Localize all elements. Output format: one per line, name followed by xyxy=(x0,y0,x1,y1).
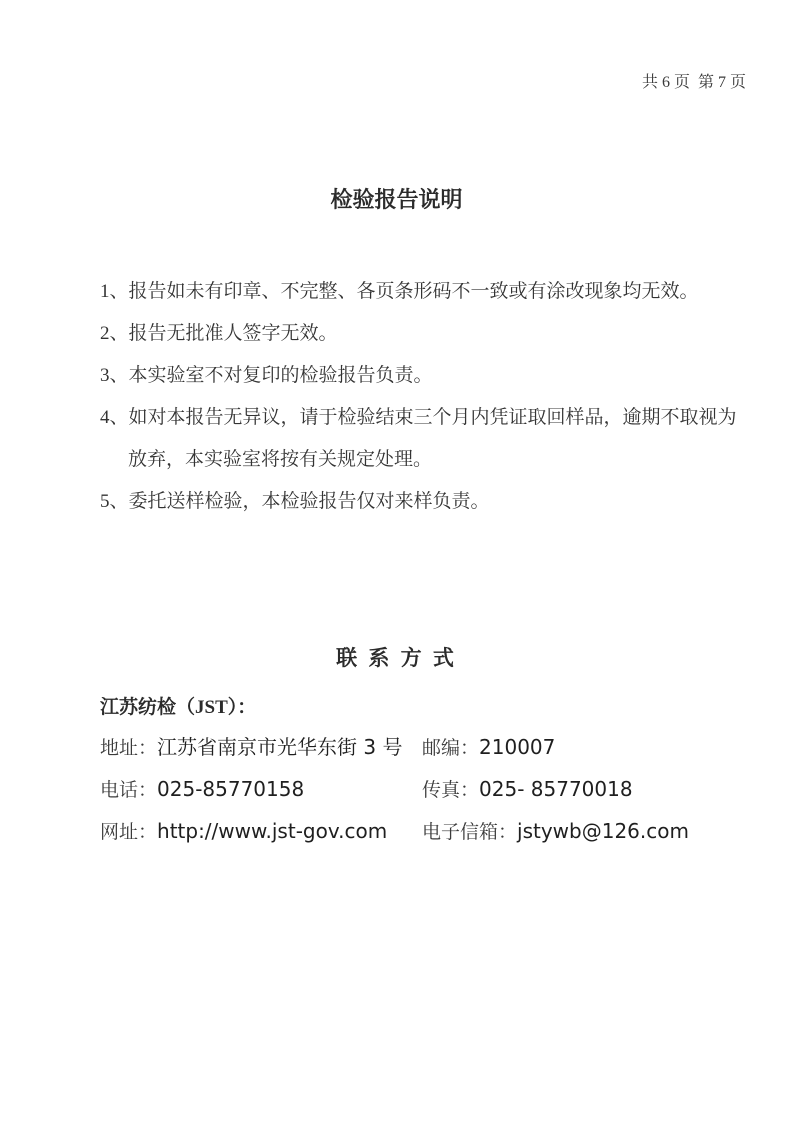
phone-label: 电话： xyxy=(100,780,157,801)
address-value: 江苏省南京市光华东街 3 号 xyxy=(157,735,402,759)
zipcode-label: 邮编： xyxy=(422,738,479,759)
contact-row-web: 网址：http://www.jst-gov.com 电子信箱：jstywb@12… xyxy=(100,810,745,852)
address-field: 地址：江苏省南京市光华东街 3 号 xyxy=(100,726,422,768)
note-item-5: 5、委托送样检验，本检验报告仅对来样负责。 xyxy=(100,481,745,523)
note-number: 1、 xyxy=(100,281,129,302)
note-continuation-line: 放弃，本实验室将按有关规定处理。 xyxy=(100,439,745,481)
contact-row-address: 地址：江苏省南京市光华东街 3 号 邮编：210007 xyxy=(100,726,745,768)
fax-label: 传真： xyxy=(422,780,479,801)
note-text: 如对本报告无异议，请于检验结束三个月内凭证取回样品，逾期不取视为 xyxy=(129,407,737,428)
note-number: 2、 xyxy=(100,323,129,344)
address-label: 地址： xyxy=(100,738,157,759)
email-field: 电子信箱：jstywb@126.com xyxy=(422,810,745,852)
email-label: 电子信箱： xyxy=(422,822,517,843)
note-text: 报告无批准人签字无效。 xyxy=(129,323,338,344)
note-number: 3、 xyxy=(100,365,129,386)
page-title: 检验报告说明 xyxy=(0,186,793,214)
fax-field: 传真：025- 85770018 xyxy=(422,768,745,810)
note-line: 4、如对本报告无异议，请于检验结束三个月内凭证取回样品，逾期不取视为 xyxy=(100,397,745,439)
note-number: 4、 xyxy=(100,407,129,428)
note-text: 委托送样检验，本检验报告仅对来样负责。 xyxy=(129,491,490,512)
note-item-1: 1、报告如未有印章、不完整、各页条形码不一致或有涂改现象均无效。 xyxy=(100,271,745,313)
note-number: 5、 xyxy=(100,491,129,512)
note-line: 1、报告如未有印章、不完整、各页条形码不一致或有涂改现象均无效。 xyxy=(100,271,745,313)
document-page: 共 6 页 第 7 页 检验报告说明 1、报告如未有印章、不完整、各页条形码不一… xyxy=(0,0,793,1122)
website-field: 网址：http://www.jst-gov.com xyxy=(100,810,422,852)
contact-info-block: 地址：江苏省南京市光华东街 3 号 邮编：210007 电话：025-85770… xyxy=(100,726,745,852)
note-text: 本实验室不对复印的检验报告负责。 xyxy=(129,365,433,386)
note-text: 报告如未有印章、不完整、各页条形码不一致或有涂改现象均无效。 xyxy=(129,281,699,302)
zipcode-field: 邮编：210007 xyxy=(422,726,745,768)
contact-section-heading: 联 系 方 式 xyxy=(0,645,793,672)
note-line: 3、本实验室不对复印的检验报告负责。 xyxy=(100,355,745,397)
zipcode-value: 210007 xyxy=(479,735,555,759)
page-number: 共 6 页 第 7 页 xyxy=(642,73,746,93)
website-value: http://www.jst-gov.com xyxy=(157,819,387,843)
note-item-3: 3、本实验室不对复印的检验报告负责。 xyxy=(100,355,745,397)
note-line: 2、报告无批准人签字无效。 xyxy=(100,313,745,355)
note-line: 5、委托送样检验，本检验报告仅对来样负责。 xyxy=(100,481,745,523)
phone-field: 电话：025-85770158 xyxy=(100,768,422,810)
fax-value: 025- 85770018 xyxy=(479,777,633,801)
organization-name: 江苏纺检（JST）： xyxy=(100,694,256,721)
note-item-2: 2、报告无批准人签字无效。 xyxy=(100,313,745,355)
notes-list: 1、报告如未有印章、不完整、各页条形码不一致或有涂改现象均无效。 2、报告无批准… xyxy=(100,271,745,523)
phone-value: 025-85770158 xyxy=(157,777,304,801)
email-value: jstywb@126.com xyxy=(517,819,689,843)
contact-row-phone: 电话：025-85770158 传真：025- 85770018 xyxy=(100,768,745,810)
note-item-4: 4、如对本报告无异议，请于检验结束三个月内凭证取回样品，逾期不取视为 放弃，本实… xyxy=(100,397,745,481)
website-label: 网址： xyxy=(100,822,157,843)
